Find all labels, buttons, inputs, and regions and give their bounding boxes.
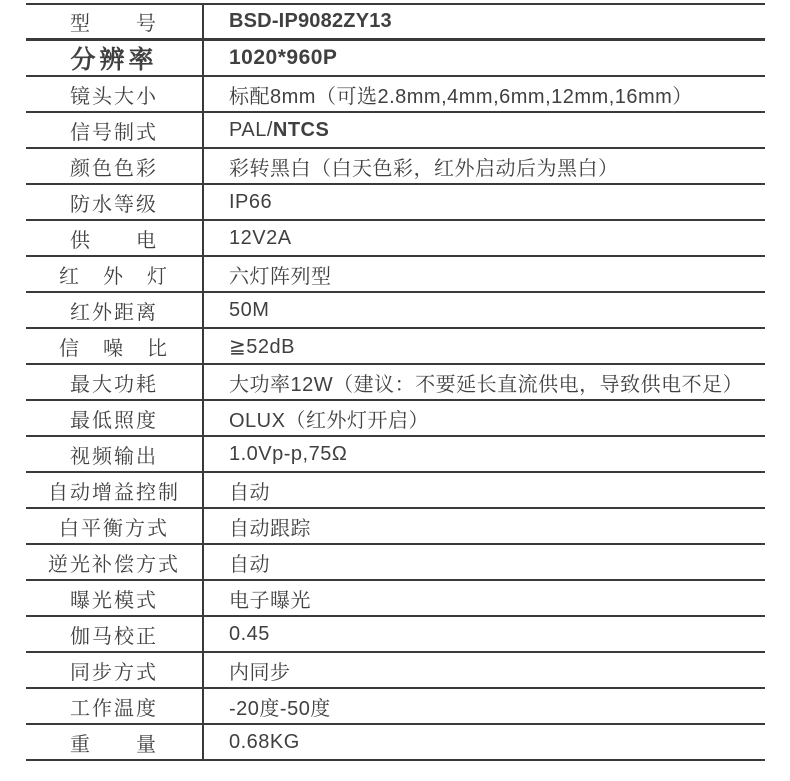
spec-value-text: 自动 [229,476,270,505]
spec-label: 信号制式 [26,113,204,147]
spec-label: 红外距离 [26,293,204,327]
spec-value: 12V2A [204,221,765,255]
spec-value: 六灯阵列型 [204,257,765,291]
spec-value-text: 六灯阵列型 [229,260,332,289]
spec-value: 彩转黑白（白天色彩，红外启动后为黑白） [204,149,765,183]
spec-value-text: 1020*960P [229,46,337,70]
spec-row: 曝光模式 电子曝光 [26,581,765,617]
spec-row: 伽马校正 0.45 [26,617,765,653]
spec-row: 自动增益控制 自动 [26,473,765,509]
spec-row: 工作温度 -20度-50度 [26,689,765,725]
spec-value: BSD-IP9082ZY13 [204,5,765,38]
spec-row: 白平衡方式 自动跟踪 [26,509,765,545]
spec-value-text: 彩转黑白（白天色彩，红外启动后为黑白） [229,152,619,181]
spec-label: 型 号 [26,5,204,38]
spec-value: PAL/NTCS [204,113,765,147]
spec-row: 重 量 0.68KG [26,725,765,761]
spec-value: 0.68KG [204,725,765,759]
spec-value: 1020*960P [204,41,765,75]
spec-table: 型 号 BSD-IP9082ZY13 分辨率 1020*960P 镜头大小 标配… [26,3,765,761]
spec-label: 自动增益控制 [26,473,204,507]
spec-label: 白平衡方式 [26,509,204,543]
spec-label: 曝光模式 [26,581,204,615]
spec-label: 视频输出 [26,437,204,471]
spec-value: OLUX（红外灯开启） [204,401,765,435]
spec-row: 分辨率 1020*960P [26,41,765,77]
spec-value: 内同步 [204,653,765,687]
spec-row: 防水等级 IP66 [26,185,765,221]
spec-label: 分辨率 [26,41,204,75]
spec-value-text: 1.0Vp-p,75Ω [229,443,347,466]
spec-value-text: 内同步 [229,656,291,685]
spec-label: 工作温度 [26,689,204,723]
spec-value-text: BSD-IP9082ZY13 [229,10,392,33]
spec-value-text: 50M [229,299,269,322]
spec-value-text: ≧52dB [229,334,295,359]
spec-row: 信 噪 比 ≧52dB [26,329,765,365]
spec-value-text: 自动 [229,548,270,577]
spec-label: 镜头大小 [26,77,204,111]
spec-value: 电子曝光 [204,581,765,615]
spec-label: 颜色色彩 [26,149,204,183]
spec-value: 标配8mm（可选2.8mm,4mm,6mm,12mm,16mm） [204,77,765,111]
spec-label: 最大功耗 [26,365,204,399]
spec-label: 供 电 [26,221,204,255]
spec-value-text: IP66 [229,191,272,214]
spec-value: ≧52dB [204,329,765,363]
spec-value: 50M [204,293,765,327]
spec-value: IP66 [204,185,765,219]
spec-value: 0.45 [204,617,765,651]
spec-value: 自动跟踪 [204,509,765,543]
spec-value-text: 0.68KG [229,731,300,754]
spec-row: 信号制式 PAL/NTCS [26,113,765,149]
spec-value-text: PAL/ [229,119,273,142]
spec-value: 自动 [204,545,765,579]
spec-row: 最大功耗 大功率12W（建议：不要延长直流供电，导致供电不足） [26,365,765,401]
spec-label: 重 量 [26,725,204,759]
spec-label: 伽马校正 [26,617,204,651]
spec-value-text: 大功率12W（建议：不要延长直流供电，导致供电不足） [229,368,743,397]
spec-row: 最低照度 OLUX（红外灯开启） [26,401,765,437]
spec-value: -20度-50度 [204,689,765,723]
spec-label: 逆光补偿方式 [26,545,204,579]
spec-row: 型 号 BSD-IP9082ZY13 [26,5,765,41]
spec-value: 大功率12W（建议：不要延长直流供电，导致供电不足） [204,365,765,399]
spec-value-text: -20度-50度 [229,692,331,721]
spec-row: 视频输出 1.0Vp-p,75Ω [26,437,765,473]
spec-value-text: 标配8mm（可选2.8mm,4mm,6mm,12mm,16mm） [229,80,693,109]
spec-value-text: 0.45 [229,623,270,646]
spec-label: 信 噪 比 [26,329,204,363]
spec-row: 红外距离 50M [26,293,765,329]
spec-row: 逆光补偿方式 自动 [26,545,765,581]
spec-value-text: 电子曝光 [229,584,311,613]
spec-value-text: 自动跟踪 [229,512,311,541]
spec-label: 红 外 灯 [26,257,204,291]
spec-value: 1.0Vp-p,75Ω [204,437,765,471]
spec-value: 自动 [204,473,765,507]
spec-value-bold-text: NTCS [273,119,329,142]
spec-value-text: OLUX（红外灯开启） [229,404,429,433]
spec-label: 最低照度 [26,401,204,435]
spec-row: 供 电 12V2A [26,221,765,257]
spec-row: 红 外 灯 六灯阵列型 [26,257,765,293]
spec-label: 同步方式 [26,653,204,687]
spec-label: 防水等级 [26,185,204,219]
spec-row: 同步方式 内同步 [26,653,765,689]
spec-value-text: 12V2A [229,227,292,250]
spec-row: 颜色色彩 彩转黑白（白天色彩，红外启动后为黑白） [26,149,765,185]
spec-row: 镜头大小 标配8mm（可选2.8mm,4mm,6mm,12mm,16mm） [26,77,765,113]
